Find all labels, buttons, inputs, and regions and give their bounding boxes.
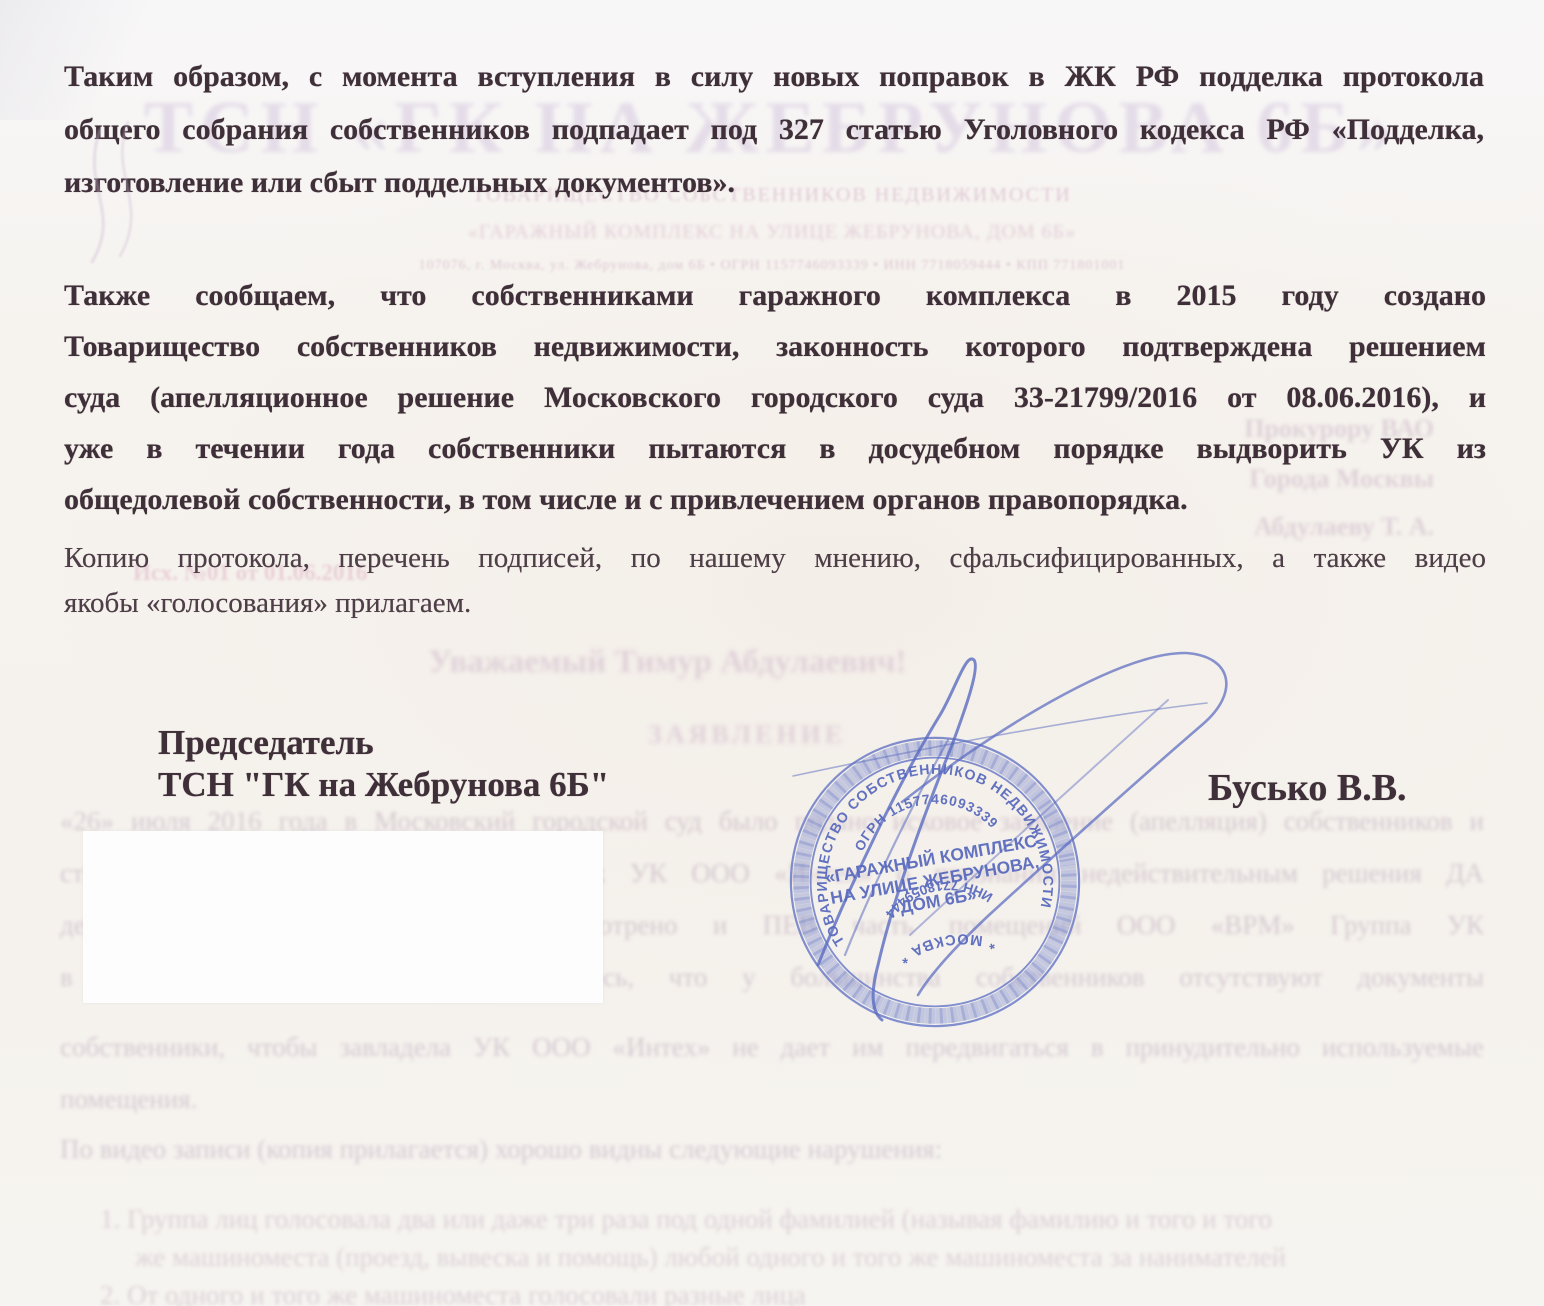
ghost-body-line: собственники, чтобы завладела УК ООО «Ин… xyxy=(60,1032,1484,1063)
paragraph-tsn-creation: Также сообщаем, что собственниками гараж… xyxy=(64,270,1486,525)
signature-title: ПредседательТСН "ГК на Жебрунова 6Б" xyxy=(158,722,858,806)
paragraph-attachments: Копию протокола, перечень подписей, по н… xyxy=(64,536,1486,626)
ghost-salutation: Уважаемый Тимур Абдулаевич! xyxy=(428,644,907,681)
ghost-list-line: же машиноместа (проезд, вывеска и помощь… xyxy=(135,1242,1484,1273)
stamp-content: ТОВАРИЩЕСТВО СОБСТВЕННИКОВ НЕДВИЖИМОСТИ … xyxy=(779,726,1091,1038)
ghost-list-line: 1. Группа лиц голосовала два или даже тр… xyxy=(100,1204,1484,1235)
ghost-body-line: По видео записи (копия прилагается) хоро… xyxy=(60,1134,1484,1165)
signature-name: Бусько В.В. xyxy=(1208,766,1407,810)
whiteout-redaction-box xyxy=(83,831,603,1003)
ghost-body-line: помещения. xyxy=(60,1084,1484,1115)
ghost-letterhead-line2: «ГАРАЖНЫЙ КОМПЛЕКС НА УЛИЦЕ ЖЕБРУНОВА, Д… xyxy=(0,221,1544,244)
paragraph-forgery-statement: Таким образом, с момента вступления в си… xyxy=(64,50,1484,209)
scanned-letter-page: { "document": { "paragraph1_lines": [ "Т… xyxy=(0,0,1544,1306)
ghost-list-line: 2. От одного и того же машиноместа голос… xyxy=(100,1280,1484,1306)
stamp-city-text: * МОСКВА * xyxy=(892,923,1001,969)
tsn-round-stamp: ТОВАРИЩЕСТВО СОБСТВЕННИКОВ НЕДВИЖИМОСТИ … xyxy=(779,726,1091,1038)
